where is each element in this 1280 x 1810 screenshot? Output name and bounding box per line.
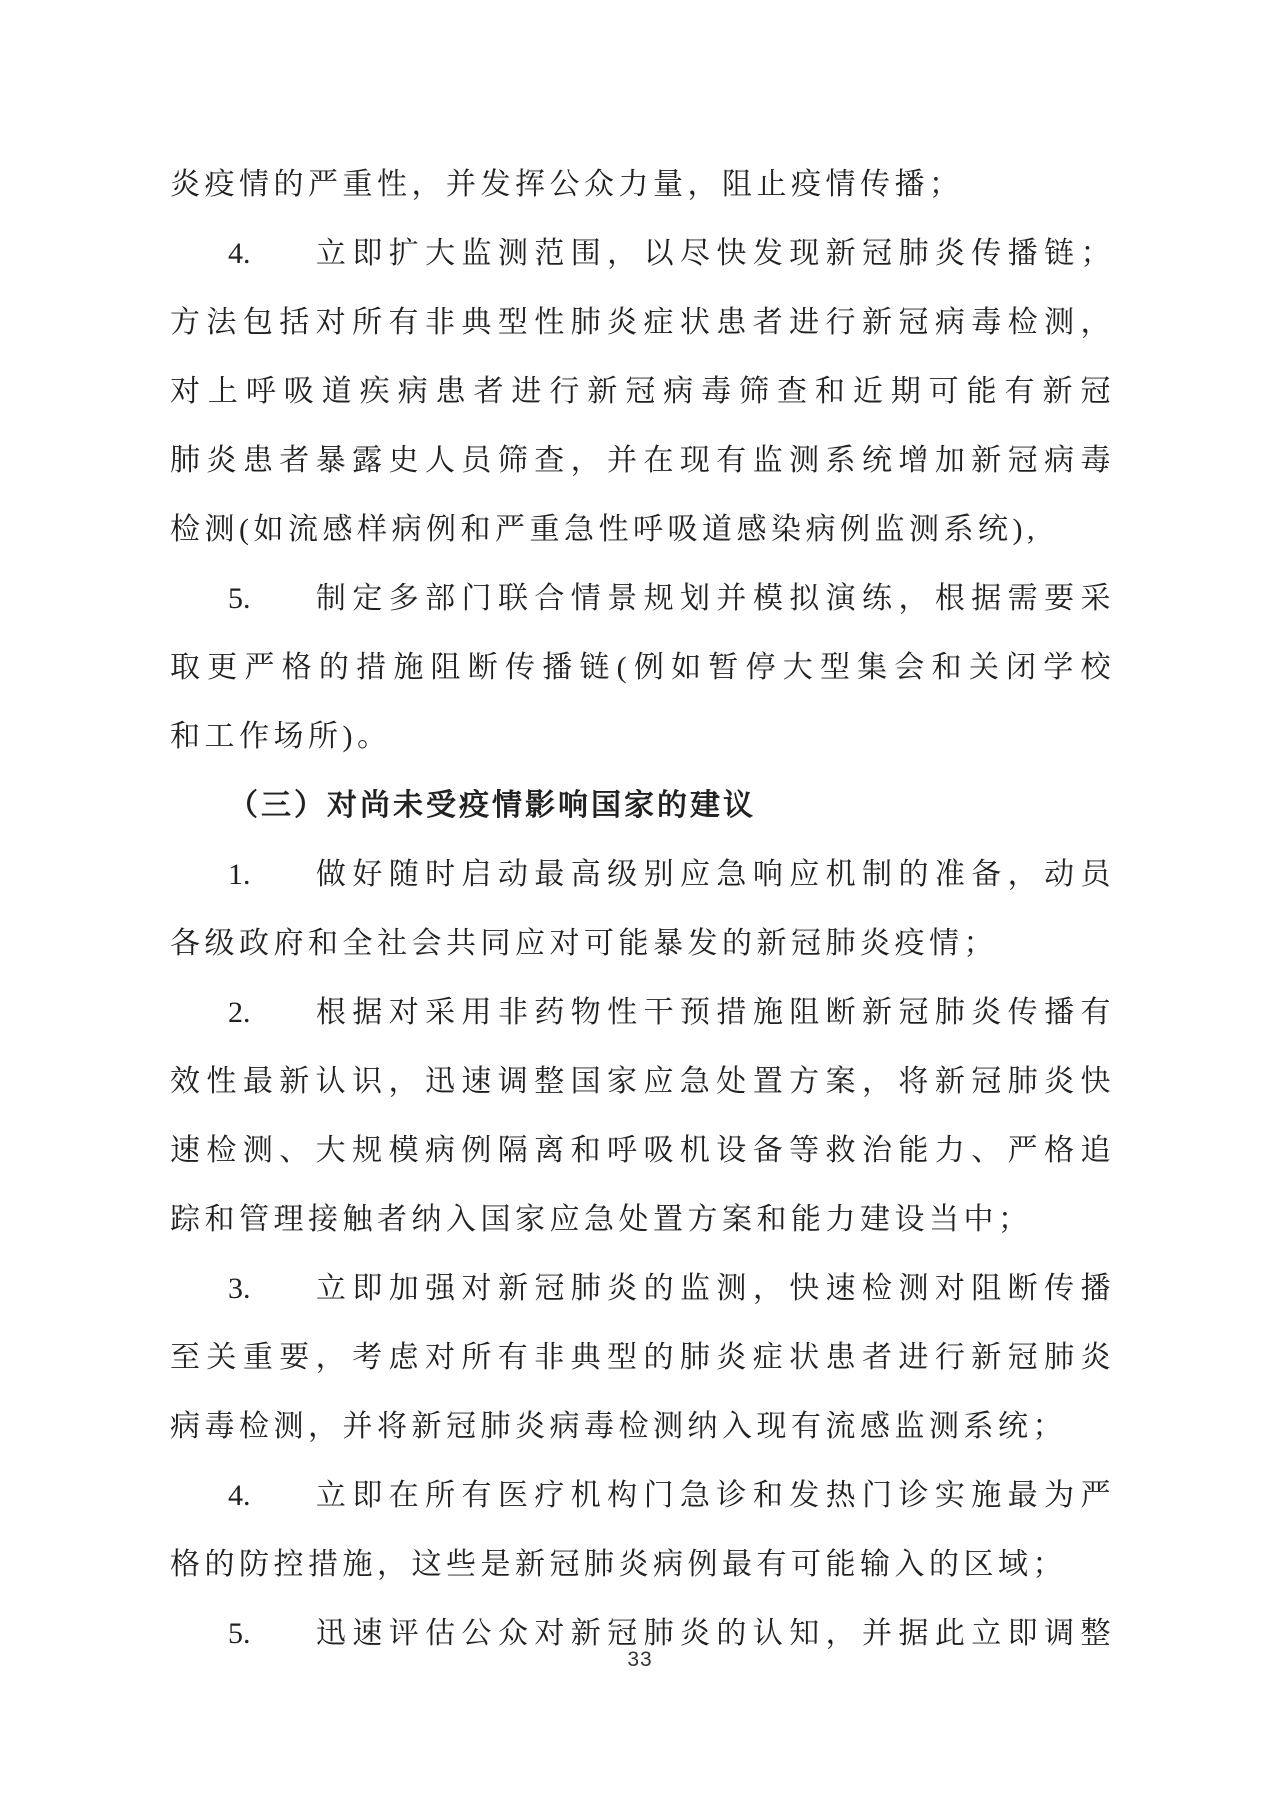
section-heading: （三）对尚未受疫情影响国家的建议 [170, 771, 1115, 840]
text-line: 至关重要，考虑对所有非典型的肺炎症状患者进行新冠肺炎 [170, 1323, 1115, 1392]
line-text: 格的防控措施，这些是新冠肺炎病例最有可能输入的区域； [170, 1548, 1067, 1581]
line-text: 和工作场所)。 [170, 720, 392, 753]
document-page: 炎疫情的严重性，并发挥公众力量，阻止疫情传播； 4.立即扩大监测范围，以尽快发现… [0, 0, 1280, 1810]
body-text: 炎疫情的严重性，并发挥公众力量，阻止疫情传播； 4.立即扩大监测范围，以尽快发现… [170, 150, 1115, 1668]
list-item-line: 4.立即在所有医疗机构门急诊和发热门诊实施最为严 [170, 1461, 1115, 1530]
line-text: 病毒检测，并将新冠肺炎病毒检测纳入现有流感监测系统； [170, 1410, 1067, 1443]
list-item-line: 5.制定多部门联合情景规划并模拟演练，根据需要采 [170, 564, 1115, 633]
line-text: 根据对采用非药物性干预措施阻断新冠肺炎传播有 [314, 996, 1115, 1029]
list-item-line: 2.根据对采用非药物性干预措施阻断新冠肺炎传播有 [170, 978, 1115, 1047]
text-line: 对上呼吸道疾病患者进行新冠病毒筛查和近期可能有新冠 [170, 357, 1115, 426]
list-item-line: 3.立即加强对新冠肺炎的监测，快速检测对阻断传播 [170, 1254, 1115, 1323]
line-text: 对上呼吸道疾病患者进行新冠病毒筛查和近期可能有新冠 [170, 375, 1115, 408]
line-text: 效性最新认识，迅速调整国家应急处置方案，将新冠肺炎快 [170, 1065, 1115, 1098]
list-number: 3. [228, 1254, 314, 1323]
list-item-line: 4.立即扩大监测范围，以尽快发现新冠肺炎传播链； [170, 219, 1115, 288]
list-item-line: 1.做好随时启动最高级别应急响应机制的准备，动员 [170, 840, 1115, 909]
text-line: 病毒检测，并将新冠肺炎病毒检测纳入现有流感监测系统； [170, 1392, 1115, 1461]
line-text: 立即在所有医疗机构门急诊和发热门诊实施最为严 [314, 1479, 1115, 1512]
line-text: 踪和管理接触者纳入国家应急处置方案和能力建设当中； [170, 1203, 1033, 1236]
text-line: 和工作场所)。 [170, 702, 1115, 771]
line-text: 立即加强对新冠肺炎的监测，快速检测对阻断传播 [314, 1272, 1115, 1305]
text-line: 速检测、大规模病例隔离和呼吸机设备等救治能力、严格追 [170, 1116, 1115, 1185]
text-line: 踪和管理接触者纳入国家应急处置方案和能力建设当中； [170, 1185, 1115, 1254]
line-text: 速检测、大规模病例隔离和呼吸机设备等救治能力、严格追 [170, 1134, 1115, 1167]
text-line: 各级政府和全社会共同应对可能暴发的新冠肺炎疫情； [170, 909, 1115, 978]
list-number: 5. [228, 564, 314, 633]
text-line: 取更严格的措施阻断传播链(例如暂停大型集会和关闭学校 [170, 633, 1115, 702]
text-line: 方法包括对所有非典型性肺炎症状患者进行新冠病毒检测， [170, 288, 1115, 357]
line-text: 做好随时启动最高级别应急响应机制的准备，动员 [314, 858, 1115, 891]
text-line: 格的防控措施，这些是新冠肺炎病例最有可能输入的区域； [170, 1530, 1115, 1599]
line-text: 取更严格的措施阻断传播链(例如暂停大型集会和关闭学校 [170, 651, 1115, 684]
text-line: 炎疫情的严重性，并发挥公众力量，阻止疫情传播； [170, 150, 1115, 219]
text-line: 效性最新认识，迅速调整国家应急处置方案，将新冠肺炎快 [170, 1047, 1115, 1116]
list-number: 4. [228, 219, 314, 288]
list-number: 2. [228, 978, 314, 1047]
text-line: 检测(如流感样病例和严重急性呼吸道感染病例监测系统), [170, 495, 1115, 564]
heading-text: （三）对尚未受疫情影响国家的建议 [228, 789, 756, 822]
line-text: 方法包括对所有非典型性肺炎症状患者进行新冠病毒检测， [170, 306, 1115, 339]
text-line: 肺炎患者暴露史人员筛查，并在现有监测系统增加新冠病毒 [170, 426, 1115, 495]
line-text: 各级政府和全社会共同应对可能暴发的新冠肺炎疫情； [170, 927, 998, 960]
line-text: 炎疫情的严重性，并发挥公众力量，阻止疫情传播； [170, 168, 964, 201]
list-number: 1. [228, 840, 314, 909]
line-text: 至关重要，考虑对所有非典型的肺炎症状患者进行新冠肺炎 [170, 1341, 1115, 1374]
line-text: 立即扩大监测范围，以尽快发现新冠肺炎传播链； [314, 237, 1115, 270]
list-number: 4. [228, 1461, 314, 1530]
line-text: 肺炎患者暴露史人员筛查，并在现有监测系统增加新冠病毒 [170, 444, 1115, 477]
line-text: 制定多部门联合情景规划并模拟演练，根据需要采 [314, 582, 1115, 615]
line-text: 检测(如流感样病例和严重急性呼吸道感染病例监测系统), [170, 513, 1039, 546]
page-number: 33 [0, 1645, 1280, 1675]
